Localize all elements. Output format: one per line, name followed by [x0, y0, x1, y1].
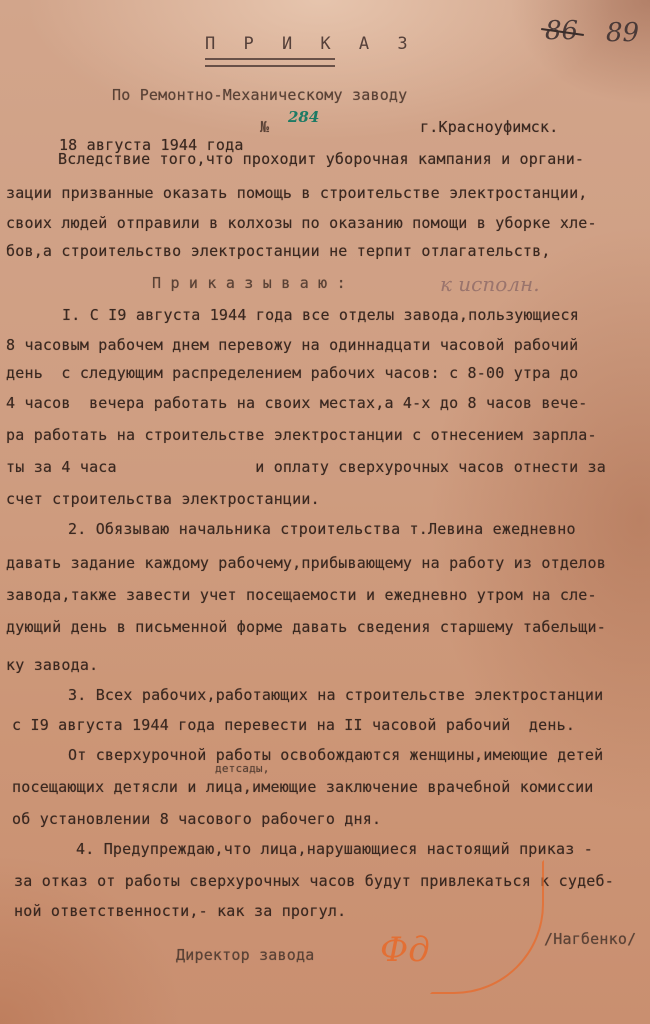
- struck-number: 86: [545, 16, 578, 46]
- item-4-line: 4. Предупреждаю,что лица,нарушающиеся на…: [76, 840, 593, 858]
- preamble-line: бов,а строительство электростанции не те…: [6, 242, 551, 260]
- exemption-insertion: детсады,: [215, 762, 270, 775]
- item-1-line: счет строительства электростанции.: [6, 490, 320, 508]
- item-1-line: 8 часовым рабочем днем перевожу на одинн…: [6, 336, 578, 354]
- red-pencil-visa: Фд: [380, 930, 430, 970]
- item-3-line: 3. Всех рабочих,работающих на строительс…: [68, 686, 603, 704]
- item-1-line: 4 часов вечера работать на своих местах,…: [6, 394, 588, 412]
- organization-line: По Ремонтно-Механическому заводу: [112, 86, 407, 104]
- order-number: 284: [288, 108, 319, 126]
- document-title: П Р И К А З: [205, 34, 417, 54]
- exemption-line: От сверхурочной работы освобождаются жен…: [68, 746, 603, 764]
- order-document: 86 89 П Р И К А З По Ремонтно-Механическ…: [0, 0, 650, 1024]
- item-2-line: ку завода.: [6, 656, 98, 674]
- item-4-line: ной ответственности,- как за прогул.: [14, 902, 346, 920]
- item-1-line: I. С I9 августа 1944 года все отделы зав…: [62, 306, 579, 324]
- marginal-note: к исполн.: [440, 272, 540, 296]
- item-2-line: завода,также завести учет посещаемости и…: [6, 586, 597, 604]
- item-1-line: ра работать на строительстве электростан…: [6, 426, 597, 444]
- archive-old-sheet-number: 86: [545, 16, 578, 46]
- exemption-line: об установлении 8 часового рабочего дня.: [12, 810, 381, 828]
- preamble-line: Вследствие того,что проходит уборочная к…: [58, 150, 584, 168]
- title-underline: [205, 58, 335, 67]
- exemption-line: посещающих детясли и лица,имеющие заключ…: [12, 778, 594, 796]
- item-3-line: с I9 августа 1944 года перевести на II ч…: [12, 716, 575, 734]
- signature-name: /Нагбенко/: [544, 930, 636, 948]
- item-2-line: дующий день в письменной форме давать св…: [6, 618, 606, 636]
- preamble-line: зации призванные оказать помощь в строит…: [6, 184, 588, 202]
- order-heading: П р и к а з ы в а ю :: [152, 274, 346, 292]
- order-number-prefix: №: [260, 118, 269, 136]
- order-city: г.Красноуфимск.: [420, 118, 558, 136]
- signature-position: Директор завода: [176, 946, 314, 964]
- item-1-line: день с следующим распределением рабочих …: [6, 364, 578, 382]
- archive-sheet-number: 89: [606, 18, 639, 48]
- item-1-line: ты за 4 часа и оплату сверхурочных часов…: [6, 458, 606, 476]
- item-2-line: 2. Обязываю начальника строительства т.Л…: [68, 520, 576, 538]
- preamble-line: своих людей отправили в колхозы по оказа…: [6, 214, 597, 232]
- red-pencil-stroke: [430, 860, 544, 994]
- item-2-line: давать задание каждому рабочему,прибываю…: [6, 554, 606, 572]
